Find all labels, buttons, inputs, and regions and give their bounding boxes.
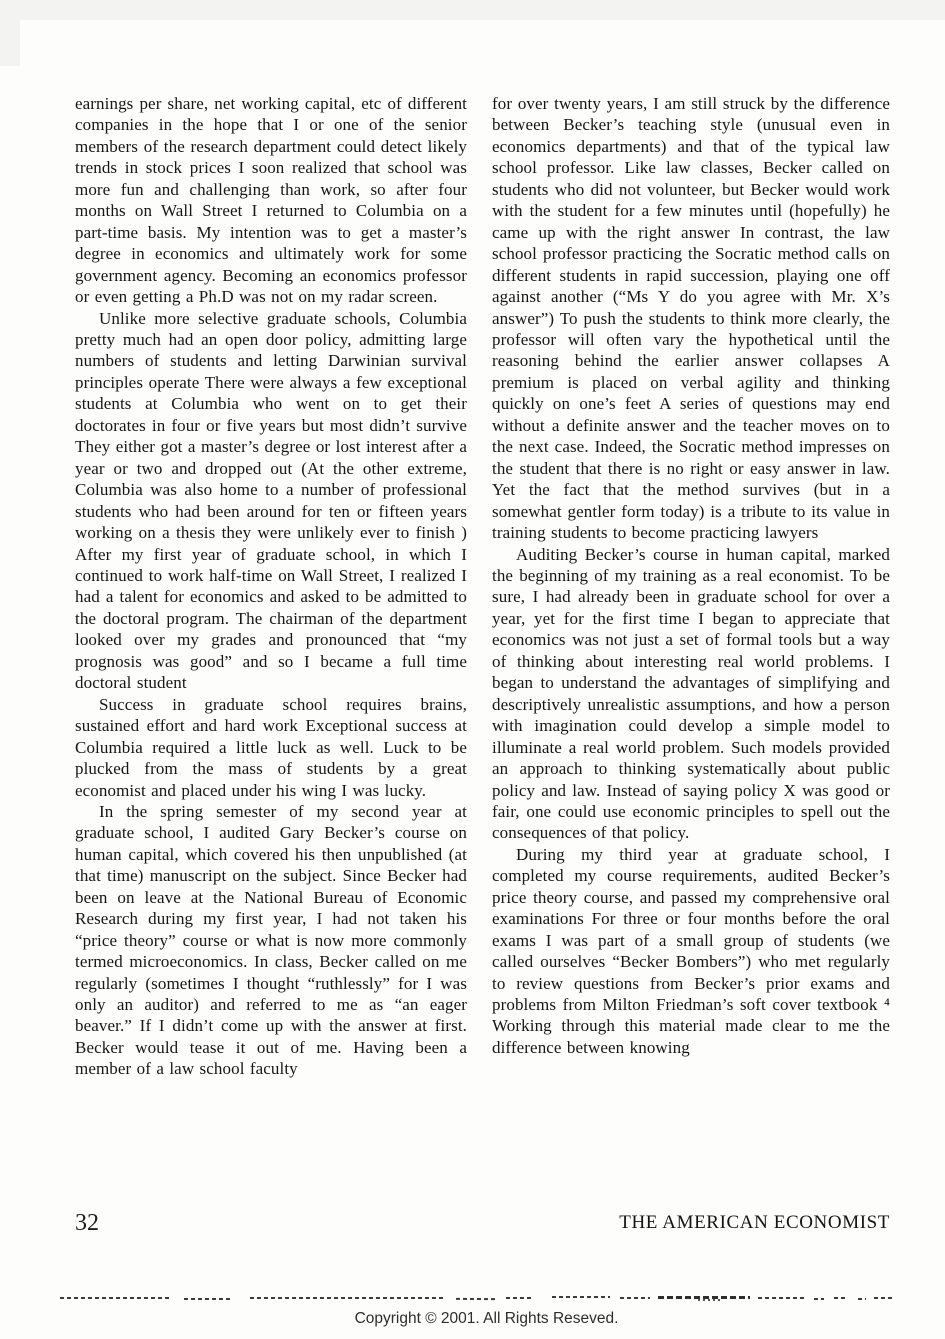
right-column: for over twenty years, I am still struck… (492, 93, 890, 1058)
scan-edge-artifact (0, 20, 20, 66)
page-footer: 32 THE AMERICAN ECONOMIST (75, 1208, 890, 1238)
journal-title: THE AMERICAN ECONOMIST (619, 1212, 890, 1234)
paragraph: for over twenty years, I am still struck… (492, 93, 890, 544)
page-number: 32 (75, 1210, 99, 1237)
paragraph: In the spring semester of my second year… (75, 801, 467, 1080)
paragraph: Auditing Becker’s course in human capita… (492, 544, 890, 844)
paragraph: Success in graduate school requires brai… (75, 694, 467, 801)
copyright-notice: Copyright © 2001. All Rights Reseved. (0, 1310, 945, 1328)
paragraph: earnings per share, net working capital,… (75, 93, 467, 308)
paragraph: Unlike more selective graduate schools, … (75, 308, 467, 694)
document-page: earnings per share, net working capital,… (0, 0, 945, 1339)
scan-artifact-line (58, 1294, 894, 1302)
left-column: earnings per share, net working capital,… (75, 93, 467, 1080)
scan-edge-artifact (0, 0, 945, 20)
paragraph: During my third year at graduate school,… (492, 844, 890, 1059)
